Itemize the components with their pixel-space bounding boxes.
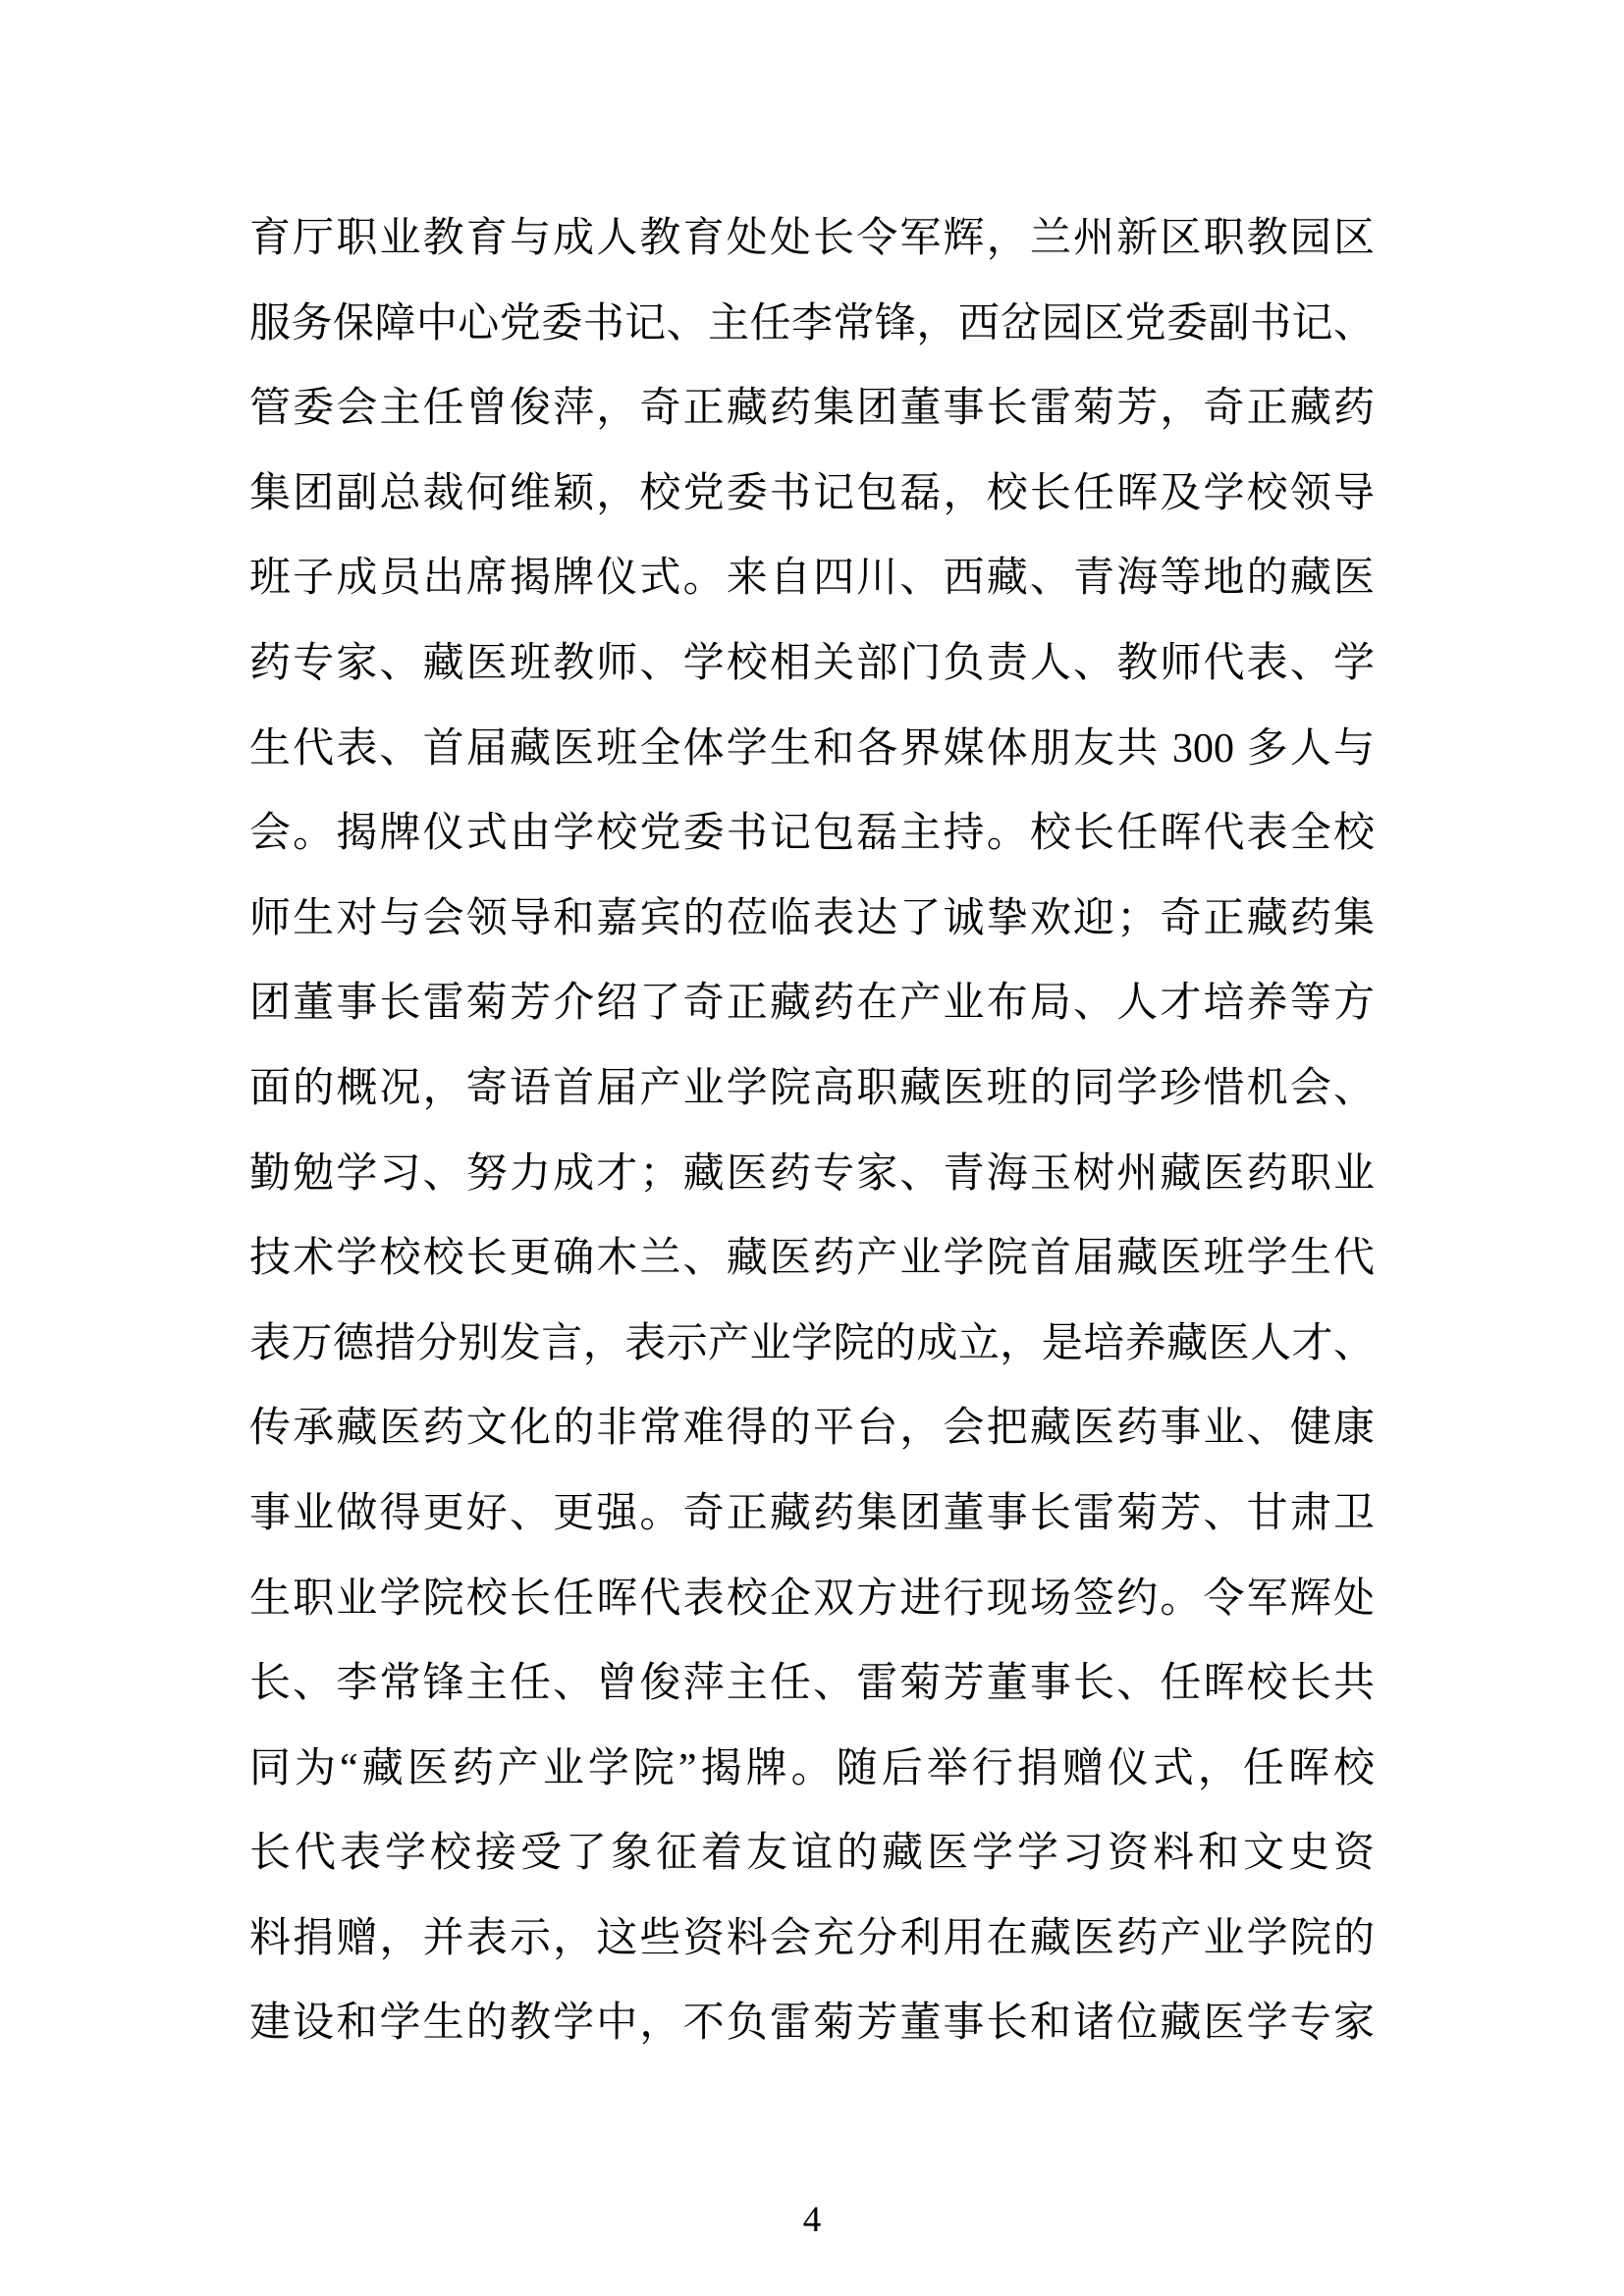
body-line: 勤勉学习、努力成才；藏医药专家、青海玉树州藏医药职业 <box>249 1132 1375 1217</box>
body-line: 传承藏医药文化的非常难得的平台，会把藏医药事业、健康 <box>249 1386 1375 1471</box>
document-page: 育厅职业教育与成人教育处处长令军辉，兰州新区职教园区 服务保障中心党委书记、主任… <box>0 0 1624 2296</box>
body-line: 团董事长雷菊芳介绍了奇正藏药在产业布局、人才培养等方 <box>249 961 1375 1046</box>
body-line: 长、李常锋主任、曾俊萍主任、雷菊芳董事长、任晖校长共 <box>249 1641 1375 1727</box>
page-number: 4 <box>0 2197 1624 2244</box>
body-line: 生职业学院校长任晖代表校企双方进行现场签约。令军辉处 <box>249 1557 1375 1642</box>
body-line: 事业做得更好、更强。奇正藏药集团董事长雷菊芳、甘肃卫 <box>249 1471 1375 1557</box>
body-line: 生代表、首届藏医班全体学生和各界媒体朋友共 300 多人与 <box>249 707 1375 792</box>
body-line: 育厅职业教育与成人教育处处长令军辉，兰州新区职教园区 <box>249 196 1375 282</box>
body-line: 管委会主任曾俊萍，奇正藏药集团董事长雷菊芳，奇正藏药 <box>249 366 1375 452</box>
body-line: 长代表学校接受了象征着友谊的藏医学学习资料和文史资 <box>249 1811 1375 1896</box>
body-line: 建设和学生的教学中，不负雷菊芳董事长和诸位藏医学专家 <box>249 1981 1375 2066</box>
body-line: 班子成员出席揭牌仪式。来自四川、西藏、青海等地的藏医 <box>249 536 1375 621</box>
body-line: 料捐赠，并表示，这些资料会充分利用在藏医药产业学院的 <box>249 1896 1375 1982</box>
body-line: 会。揭牌仪式由学校党委书记包磊主持。校长任晖代表全校 <box>249 791 1375 877</box>
body-line: 技术学校校长更确木兰、藏医药产业学院首届藏医班学生代 <box>249 1216 1375 1302</box>
body-line: 师生对与会领导和嘉宾的莅临表达了诚挚欢迎；奇正藏药集 <box>249 877 1375 962</box>
body-line: 同为“藏医药产业学院”揭牌。随后举行捐赠仪式，任晖校 <box>249 1727 1375 1812</box>
body-line: 服务保障中心党委书记、主任李常锋，西岔园区党委副书记、 <box>249 282 1375 367</box>
body-line: 面的概况，寄语首届产业学院高职藏医班的同学珍惜机会、 <box>249 1046 1375 1132</box>
body-line: 药专家、藏医班教师、学校相关部门负责人、教师代表、学 <box>249 621 1375 707</box>
body-line: 集团副总裁何维颖，校党委书记包磊，校长任晖及学校领导 <box>249 452 1375 537</box>
body-line: 表万德措分别发言，表示产业学院的成立，是培养藏医人才、 <box>249 1302 1375 1387</box>
document-body: 育厅职业教育与成人教育处处长令军辉，兰州新区职教园区 服务保障中心党委书记、主任… <box>249 196 1375 2066</box>
